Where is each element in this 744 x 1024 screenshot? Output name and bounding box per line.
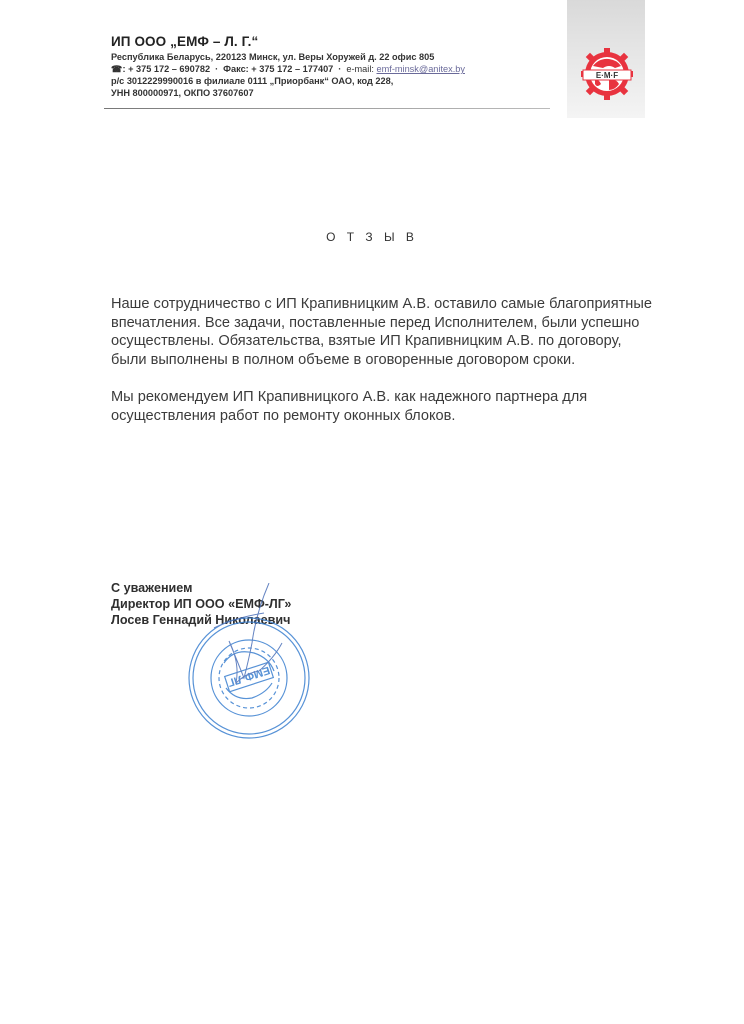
- body-paragraph: Наше сотрудничество с ИП Крапивницким А.…: [111, 295, 656, 369]
- contact-line: ☎: + 375 172 – 690782·Факс: + 375 172 – …: [111, 63, 465, 75]
- phone-number: : + 375 172 – 690782: [122, 64, 210, 74]
- header-divider: [104, 108, 550, 109]
- company-address: Республика Беларусь, 220123 Минск, ул. В…: [111, 51, 465, 63]
- email-label: e-mail:: [346, 64, 374, 74]
- body-paragraph: Мы рекомендуем ИП Крапивницкого А.В. как…: [111, 388, 656, 425]
- document-title: О Т З Ы В: [0, 230, 744, 244]
- svg-text:E·M·F: E·M·F: [596, 71, 618, 80]
- bank-details: р/с 3012229990016 в филиале 0111 „Приорб…: [111, 75, 465, 87]
- emf-logo-icon: E·M·F: [579, 46, 635, 102]
- letterhead: ИП ООО „ЕМФ – Л. Г.“ Республика Беларусь…: [111, 34, 465, 99]
- company-stamp-icon: ЕМФ-ЛГ: [174, 583, 324, 748]
- telephone-icon: ☎: [111, 64, 122, 74]
- document-body: Наше сотрудничество с ИП Крапивницким А.…: [111, 295, 656, 444]
- fax-number: Факс: + 375 172 – 177407: [223, 64, 333, 74]
- registration-numbers: УНН 800000971, ОКПО 37607607: [111, 87, 465, 99]
- company-name: ИП ООО „ЕМФ – Л. Г.“: [111, 34, 465, 49]
- email-link[interactable]: emf-minsk@anitex.by: [377, 64, 465, 74]
